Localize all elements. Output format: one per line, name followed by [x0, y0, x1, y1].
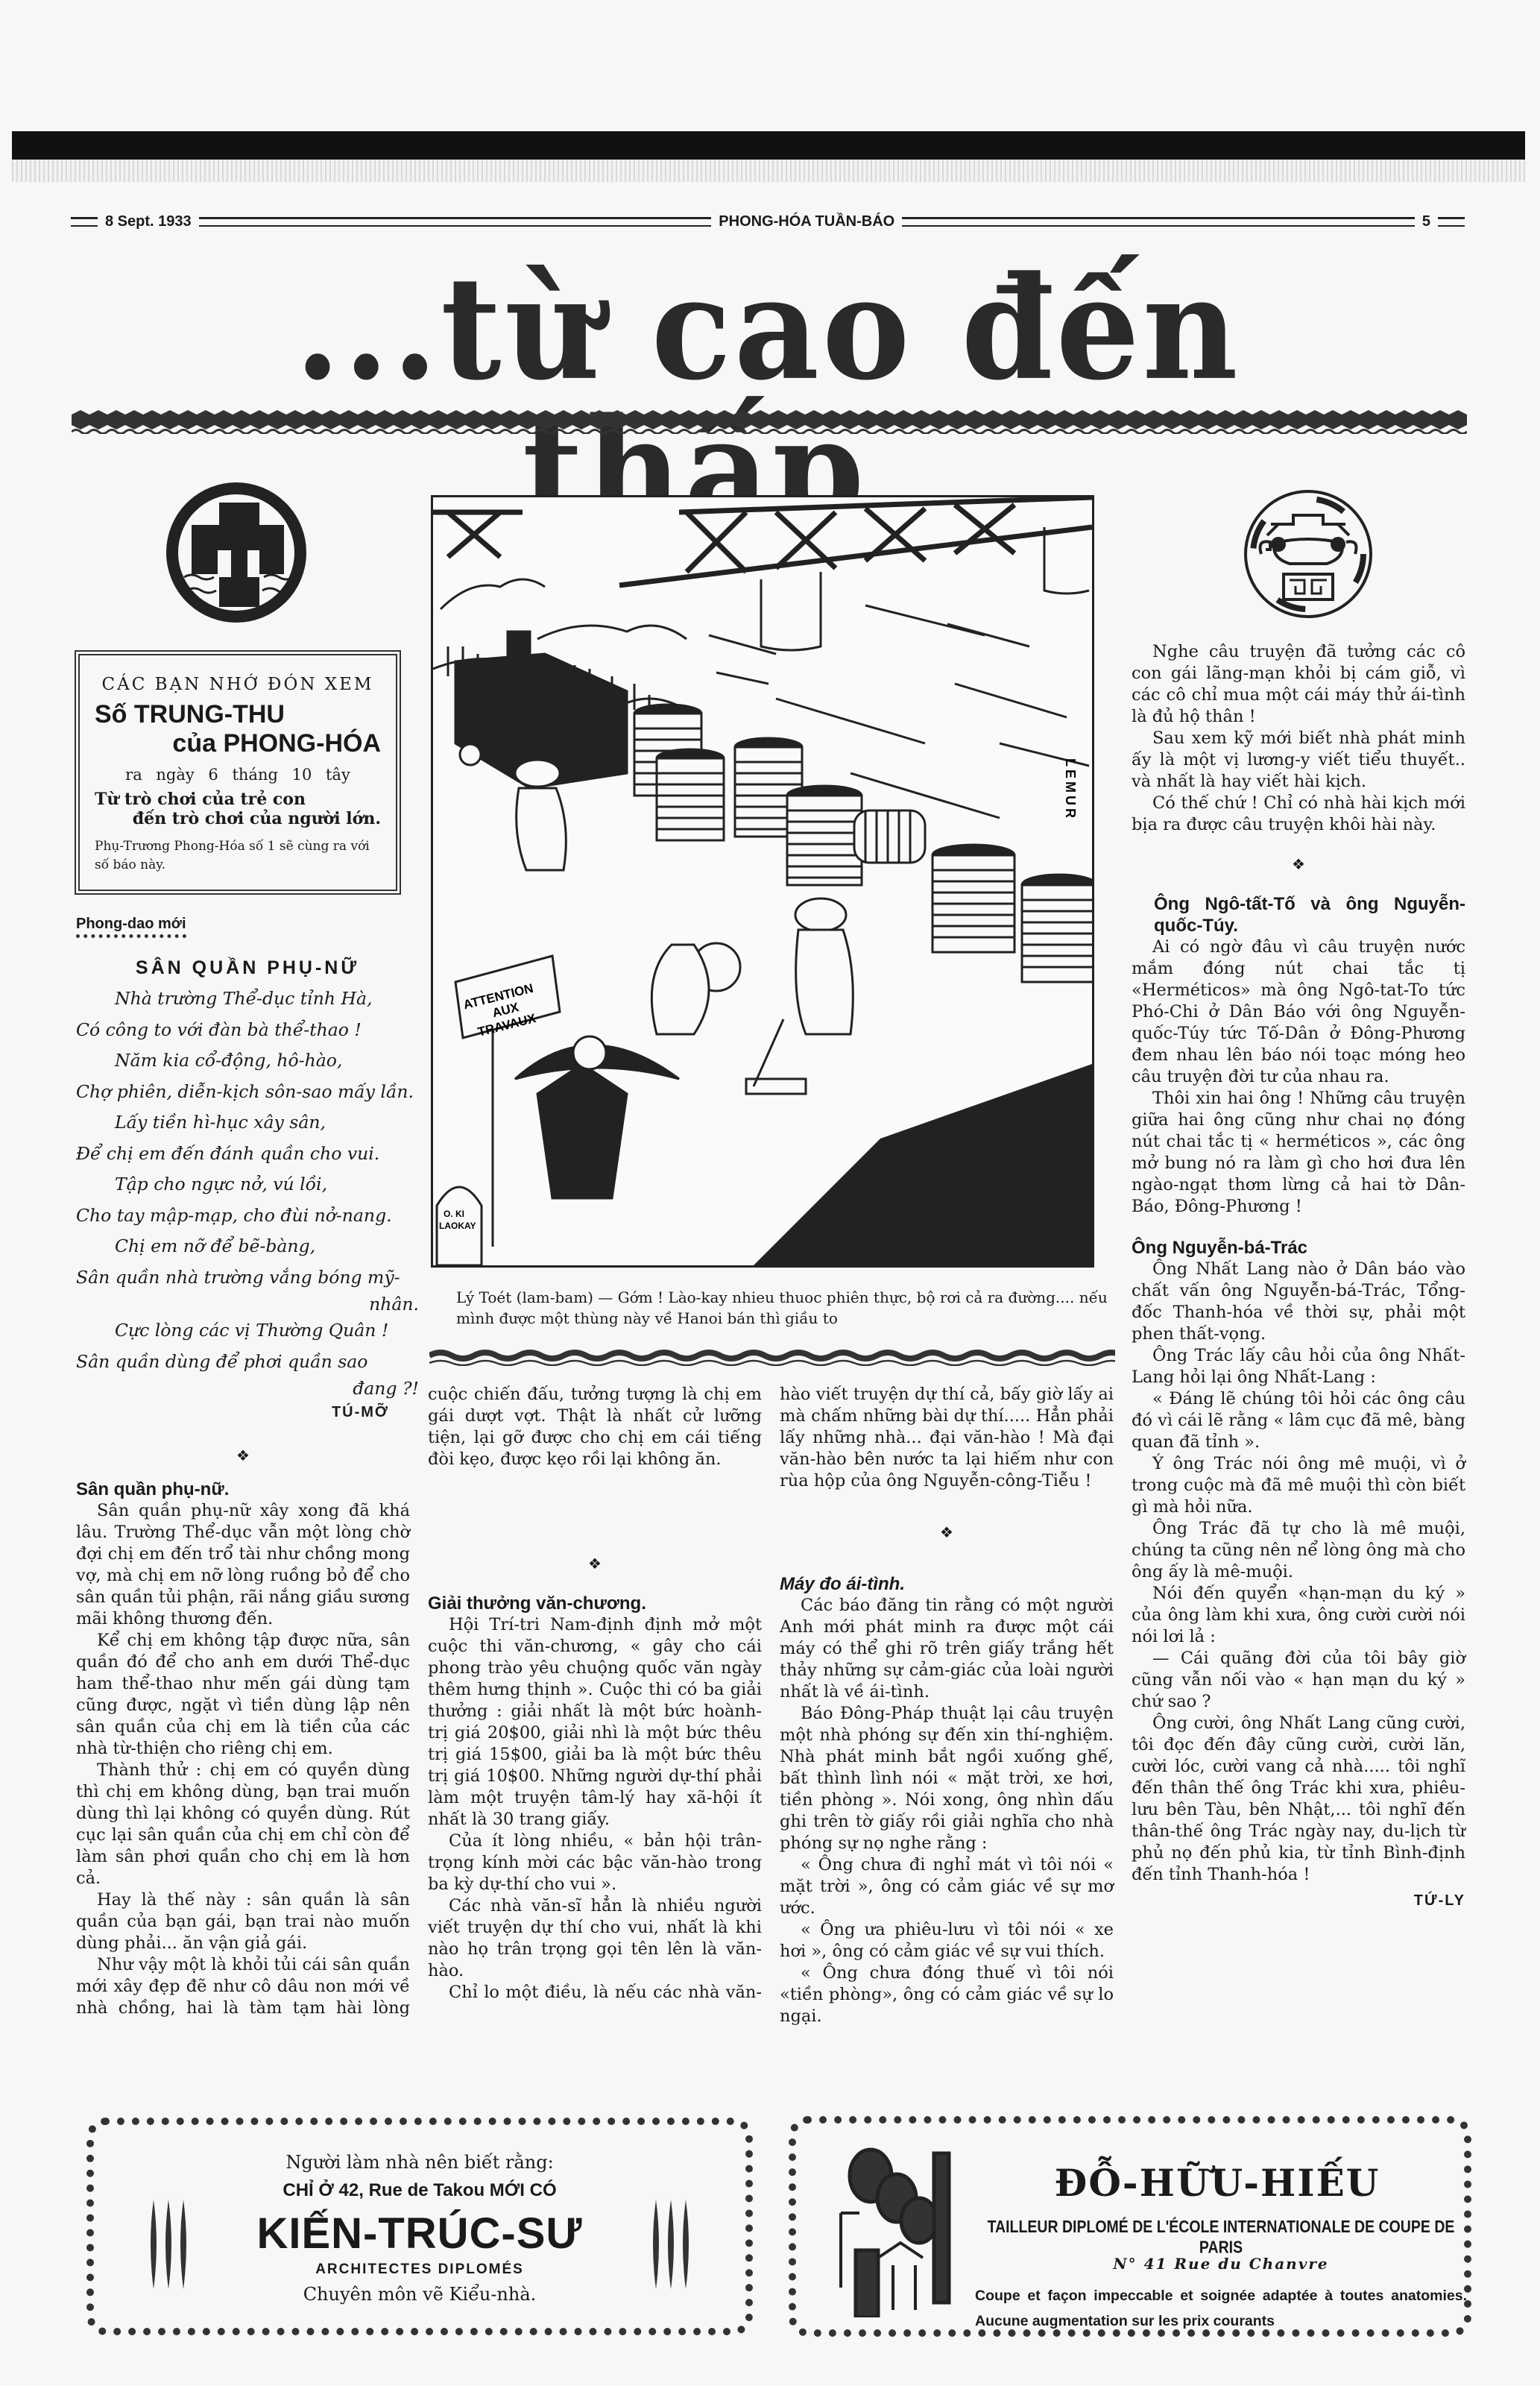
article-paragraph: Ông Nhất Lang nào ở Dân báo vào chất vấn…: [1132, 1259, 1465, 1345]
article-paragraph: Ông Trác đã tự cho là mê muội, chúng ta …: [1132, 1518, 1465, 1583]
article-title: Giải thưởng văn-chương.: [428, 1593, 762, 1614]
announce-date: ra ngày 6 tháng 10 tây: [95, 766, 381, 784]
tailor-address: N° 41 Rue du Chanvre: [975, 2255, 1467, 2273]
issue-date: 8 Sept. 1933: [105, 213, 192, 230]
poem-line: Có công to với đàn bà thể-thao !: [76, 1015, 419, 1046]
folio-rule: [902, 217, 1415, 227]
article-paragraph: Các báo đăng tin rằng có một người Anh m…: [780, 1595, 1114, 1703]
folio-line: 8 Sept. 1933 PHONG-HÓA TUẦN-BÁO 5: [71, 212, 1465, 231]
poem-line: Nhà trường Thể-dục tỉnh Hà,: [76, 983, 419, 1015]
tailor-description: Coupe et façon impeccable et soignée ada…: [975, 2283, 1467, 2334]
article-title: Máy đo ái-tình.: [780, 1573, 1114, 1595]
trung-thu-announcement-box: CÁC BẠN NHỚ ĐÓN XEM Số TRUNG-THU của PHO…: [75, 650, 401, 895]
article-title: Ông Nguyễn-bá-Trác: [1132, 1237, 1465, 1259]
article-paragraph: Như vậy một là khỏi tủi cái sân quần mới…: [76, 1954, 410, 2019]
poem-line: nhân.: [76, 1293, 419, 1315]
announce-note: Phụ-Trương Phong-Hóa số 1 sẽ cùng ra với…: [95, 837, 381, 874]
article-paragraph: Thành thử : chị em có quyền dùng thì chị…: [76, 1760, 410, 1889]
article-paragraph: Ông cười, ông Nhất Lang cũng cười, tôi đ…: [1132, 1713, 1465, 1886]
page-number: 5: [1422, 213, 1430, 230]
ornament-icon: ❖: [76, 1445, 410, 1467]
tailor-advertisement: ĐỖ-HỮU-HIẾU TAILLEUR DIPLOMÉ DE L'ÉCOLE …: [789, 2116, 1471, 2337]
ornament-icon: ❖: [428, 1553, 762, 1575]
poem-line: đang ?!: [76, 1377, 419, 1400]
ad-line: Người làm nhà nên biết rằng:: [94, 2152, 745, 2173]
ornament-icon: ❖: [780, 1522, 1114, 1543]
architect-advertisement: Người làm nhà nên biết rằng: CHỈ Ở 42, R…: [86, 2118, 753, 2335]
poem-kicker: Phong-dao mới: [76, 916, 186, 938]
chinese-ornament-logo-icon: [1237, 483, 1379, 625]
article-paragraph: « Ông chưa đi nghỉ mát vì tôi nói « mặt …: [780, 1854, 1114, 1919]
poem-body: Nhà trường Thể-dục tỉnh Hà, Có công to v…: [76, 983, 419, 1400]
poem-title: SÂN QUẦN PHỤ-NỮ: [76, 957, 419, 979]
announce-title: của PHONG-HÓA: [95, 729, 381, 758]
zigzag-rule: [72, 409, 1467, 434]
poem-author: TÚ-MỠ: [76, 1404, 419, 1421]
article-paragraph: Nói đến quyển «hạn-mạn du ký » của ông l…: [1132, 1583, 1465, 1648]
article-paragraph: « Ông chưa đóng thuế vì tôi nói «tiền ph…: [780, 1962, 1114, 2027]
cartoon-caption: Lý Toét (lam-bam) — Gớm ! Lào-kay nhieu …: [456, 1287, 1112, 1329]
tailor-name: ĐỖ-HỮU-HIẾU: [975, 2161, 1459, 2205]
poem-line: Chị em nỡ để bẽ-bàng,: [76, 1231, 419, 1262]
article-paragraph: Ông Trác lấy câu hỏi của ông Nhất-Lang h…: [1132, 1345, 1465, 1388]
ad-subtitle: ARCHITECTES DIPLOMÉS: [94, 2261, 745, 2278]
article-paragraph: Của ít lòng nhiều, « bản hội trân-trọng …: [428, 1831, 762, 1895]
article-paragraph: Báo Đông-Pháp thuật lại câu truyện một n…: [780, 1703, 1114, 1854]
article-author: TỨ-LY: [1132, 1890, 1465, 1912]
article-title: Sân quần phụ-nữ.: [76, 1479, 410, 1500]
article-continuation: Chỉ lo một điều, là nếu các nhà văn-hào …: [780, 1384, 1114, 1492]
wave-divider: [429, 1348, 1115, 1366]
top-border-band: [12, 131, 1525, 160]
announce-line: CÁC BẠN NHỚ ĐÓN XEM: [95, 675, 381, 694]
article-paragraph: « Đáng lẽ chúng tôi hỏi các ông câu đó v…: [1132, 1388, 1465, 1453]
article-paragraph: Kể chị em không tập được nữa, sân quần đ…: [76, 1630, 410, 1760]
ad-title: KIẾN-TRÚC-SƯ: [94, 2209, 745, 2258]
tailor-figures-illustration-icon: [826, 2146, 968, 2317]
article-paragraph: Ý ông Trác nói ông mê muội, vì ở trong c…: [1132, 1453, 1465, 1518]
poem-line: Chợ phiên, diễn-kịch sôn-sao mấy lần.: [76, 1077, 419, 1108]
article-paragraph: Các nhà văn-sĩ hẳn là nhiều người viết t…: [428, 1895, 762, 1982]
article-paragraph: Thôi xin hai ông ! Những câu truyện giữa…: [1132, 1088, 1465, 1218]
poem-line: Sân quần nhà trường vắng bóng mỹ-: [76, 1262, 419, 1294]
announce-tagline: đến trò chơi của người lớn.: [95, 809, 381, 828]
poem-line: Tập cho ngực nở, vú lồi,: [76, 1169, 419, 1200]
poem-line: Sân quần dùng để phơi quần sao: [76, 1347, 419, 1378]
tailor-diploma: TAILLEUR DIPLOMÉ DE L'ÉCOLE INTERNATIONA…: [975, 2217, 1467, 2258]
article-paragraph: « Ông ưa phiêu-lưu vì tôi nói « xe hơi »…: [780, 1919, 1114, 1962]
article-san-quan: ❖ Sân quần phụ-nữ. Sân quần phụ-nữ xây x…: [76, 1445, 410, 2019]
poem-line: Năm kia cổ-động, hô-hào,: [76, 1045, 419, 1077]
article-paragraph: Chỉ lo một điều, là nếu các nhà văn-hào …: [428, 1982, 762, 2003]
article-paragraph: Ai có ngờ đâu vì câu truyện nước mắm đón…: [1132, 937, 1465, 1088]
paper-name: PHONG-HÓA TUẦN-BÁO: [719, 213, 894, 230]
poem-section: Phong-dao mới SÂN QUẦN PHỤ-NỮ Nhà trường…: [76, 916, 419, 1421]
article-continuation: Như vậy một là khỏi tủi cái sân quần mới…: [428, 1384, 762, 1535]
poem-line: Để chị em đến đánh quần cho vui.: [76, 1139, 419, 1170]
cartoon-drawing: ATTENTIONAUXTRAVAUX O. KILAOKAY LEMUR: [433, 497, 1092, 1265]
article-right-column: Nghe câu truyện đã tưởng các cô con gái …: [1132, 641, 1465, 1912]
poem-line: Lấy tiền hì-hục xây sân,: [76, 1107, 419, 1139]
article-paragraph: Hội Trí-tri Nam-định định mở một cuộc th…: [428, 1614, 762, 1831]
folio-rule: [1438, 217, 1465, 227]
artist-signature: LEMUR: [1063, 758, 1078, 821]
article-paragraph: Hay là thế này : sân quần là sân quần củ…: [76, 1889, 410, 1954]
folio-rule: [71, 217, 98, 227]
announce-tagline: Từ trò chơi của trẻ con: [95, 790, 381, 809]
lemur-cartoon-illustration: ATTENTIONAUXTRAVAUX O. KILAOKAY LEMUR: [431, 495, 1094, 1268]
article-paragraph: Có thế chứ ! Chỉ có nhà hài kịch mới bịa…: [1132, 793, 1465, 836]
ad-address: CHỈ Ở 42, Rue de Takou MỚI CÓ: [94, 2180, 745, 2201]
folio-rule: [199, 217, 712, 227]
poem-line: Cực lòng các vị Thường Quân !: [76, 1315, 419, 1347]
article-paragraph: Nghe câu truyện đã tưởng các cô con gái …: [1132, 641, 1465, 728]
article-paragraph: — Cái quãng đời của tôi bây giờ cũng vẫn…: [1132, 1648, 1465, 1713]
poem-line: Cho tay mập-mạp, cho đùi nở-nang.: [76, 1200, 419, 1232]
ornament-icon: ❖: [1132, 854, 1465, 875]
article-paragraph: Sau xem kỹ mới biết nhà phát minh ấy là …: [1132, 728, 1465, 793]
flame-ornament-icon: [146, 2200, 191, 2289]
phong-hoa-cross-logo-icon: [165, 482, 307, 623]
announce-title: Số TRUNG-THU: [95, 700, 381, 729]
flame-ornament-icon: [648, 2200, 693, 2289]
article-may-do: Chỉ lo một điều, là nếu các nhà văn-hào …: [780, 1384, 1114, 2027]
article-title: Ông Ngô-tất-Tố và ông Nguyễn-quốc-Túy.: [1154, 893, 1465, 937]
scan-noise-band: [12, 160, 1525, 182]
article-paragraph: Sân quần phụ-nữ xây xong đã khá lâu. Trư…: [76, 1500, 410, 1630]
article-giai-thuong: Như vậy một là khỏi tủi cái sân quần mới…: [428, 1384, 762, 2003]
ad-line: Chuyên môn vẽ Kiểu-nhà.: [94, 2284, 745, 2305]
